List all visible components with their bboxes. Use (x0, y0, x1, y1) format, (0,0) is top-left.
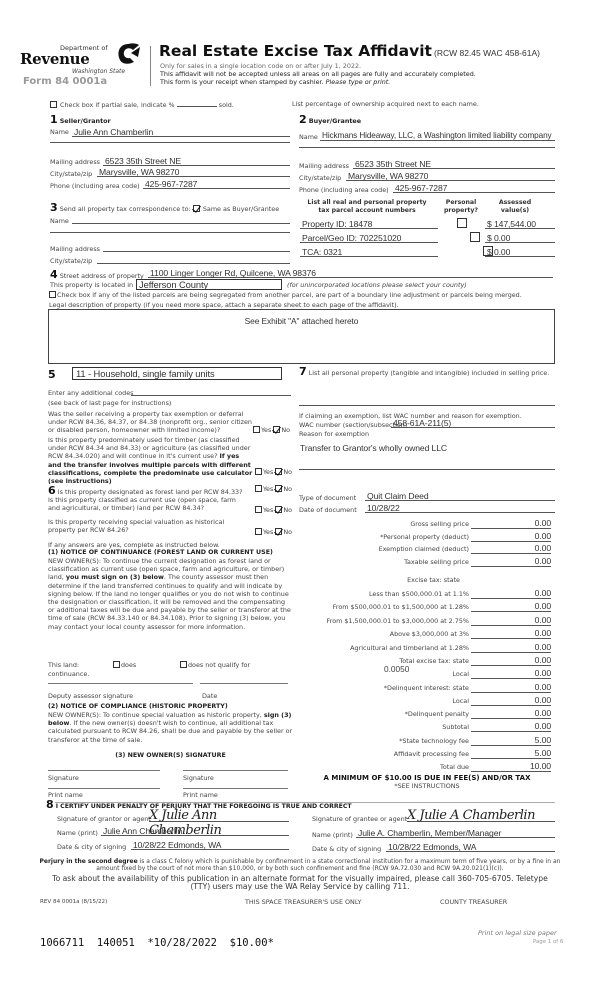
deputy-signature-field[interactable] (48, 683, 193, 684)
buyer-name-label: Name (299, 133, 318, 141)
s5-q1-text: Was the seller receiving a property tax … (48, 410, 252, 434)
rev-number: REV 84 0001a (8/15/22) (40, 899, 107, 905)
section-title: Buyer/Grantee (309, 117, 361, 125)
section-number: 8 (46, 798, 54, 811)
local-tax-row: Local0.00 (300, 670, 555, 682)
additional-codes-note: (see back of last page for instructions) (48, 399, 171, 407)
segregated-row: Check box if any of the listed parcels a… (49, 291, 522, 299)
legal-description-box[interactable]: See Exhibit "A" attached hereto (48, 309, 555, 364)
tax-row-value[interactable]: 0.00 (471, 721, 551, 732)
s6-q2-no-checkbox[interactable] (275, 506, 282, 513)
notice1-body: NEW OWNER(S): To continue the current de… (48, 557, 293, 631)
street-label: Street address of property (60, 272, 144, 280)
does-checkbox[interactable] (113, 661, 120, 668)
tax-row-label: *Delinquent interest: state (384, 684, 469, 692)
continuance-label: continuance. (48, 670, 89, 678)
parcel-row-1-value[interactable]: $ 147,544.00 (485, 219, 555, 229)
s5-q2-yes-checkbox[interactable] (255, 468, 262, 475)
segregated-checkbox[interactable] (49, 291, 56, 298)
corr-mailing-label: Mailing address (50, 245, 100, 253)
if-yes-note: If any answers are yes, complete as inst… (48, 541, 220, 549)
grantee-name-value: Julie A. Chamberlin, Member/Manager (358, 828, 501, 838)
signature-label-1: Signature (48, 774, 79, 782)
grantor-sig-label: Signature of grantor or agent (57, 815, 151, 823)
buyer-phone-label: Phone (including area code) (299, 186, 389, 194)
s5-q1: Was the seller receiving a property tax … (48, 410, 258, 435)
parcel-row-2-value[interactable]: $ 0.00 (485, 233, 555, 243)
s6-q1-answers: Yes No (255, 485, 292, 493)
notice1-title: (1) NOTICE OF CONTINUANCE (FOREST LAND O… (48, 549, 273, 556)
parcel-row-3-id[interactable]: TCA: 0321 (300, 247, 438, 257)
tax-row-label: Local (452, 697, 469, 705)
excise-header: Excise tax: state (300, 576, 460, 584)
seller-city-label: City/state/zip (50, 170, 92, 178)
s6-q1-text: Is this property designated as forest la… (58, 488, 243, 496)
parcel-row-1-personal-checkbox[interactable] (457, 218, 467, 228)
s6-q3-text: Is this property receiving special valua… (48, 518, 238, 534)
tax-row-value[interactable]: 0.00 (471, 628, 551, 639)
seller-mailing-value: 6523 35th Street NE (105, 156, 181, 166)
buyer-phone-field[interactable]: 425-967-7287 (393, 183, 555, 193)
seller-name-field[interactable]: Julie Ann Chamberlin (72, 127, 290, 137)
county-select[interactable]: Jefferson County (136, 279, 282, 290)
tax-row-label: *State technology fee (399, 737, 469, 745)
tax-row-value[interactable]: 0.00 (471, 642, 551, 653)
notice2-title: (2) NOTICE OF COMPLIANCE (HISTORIC PROPE… (48, 703, 228, 710)
deputy-date-field[interactable] (200, 683, 288, 684)
notice-3: This form is your receipt when stamped b… (160, 78, 390, 86)
seller-mailing-label: Mailing address (50, 158, 100, 166)
segregated-label: Check box if any of the listed parcels a… (57, 291, 522, 299)
tax-row-value[interactable]: 0.00 (471, 518, 551, 529)
tax-row-value[interactable]: 0.00 (471, 682, 551, 693)
county-value: Jefferson County (139, 279, 208, 290)
buyer-phone-value: 425-967-7287 (395, 183, 447, 193)
partial-sale-row: Check box if partial sale, indicate % so… (50, 101, 234, 109)
located-label: This property is located in (50, 281, 133, 289)
print-legal-note: Print on legal size paper (478, 929, 557, 937)
no-label: No (281, 426, 290, 434)
partial-sale-checkbox[interactable] (50, 101, 57, 108)
tax-row-value[interactable]: 0.00 (471, 615, 551, 626)
buyer-name-value: Hickmans Hideaway, LLC, a Washington lim… (322, 131, 552, 140)
doc-type-label: Type of document (299, 494, 356, 502)
treasurer-only: THIS SPACE TREASURER'S USE ONLY (245, 898, 361, 906)
assessed-value: $ 0.00 (487, 233, 510, 243)
reason-label: Reason for exemption (299, 430, 369, 438)
dor-logo: Department of Revenue Washington State F… (20, 44, 145, 86)
legal-description-value: See Exhibit "A" attached hereto (49, 316, 554, 326)
wac-value: 458-61A-211(5) (393, 418, 451, 428)
grantor-name-value: Julie Ann Chamberlin (103, 826, 182, 836)
s5-q2-no-checkbox[interactable] (275, 468, 282, 475)
street-address-field[interactable]: 1100 Linger Longer Rd, Quilcene, WA 9837… (148, 268, 553, 278)
corr-name-line-2[interactable] (50, 232, 290, 233)
does-option: does (113, 661, 136, 669)
tax-row-value[interactable]: 5.00 (471, 735, 551, 746)
seller-phone-value: 425-967-7287 (145, 179, 197, 189)
section-number: 4 (50, 268, 58, 281)
yes-label: Yes (261, 426, 271, 434)
tax-row-label: Less than $500,000.01 at 1.1% (369, 590, 469, 598)
tax-row-value[interactable]: 0.00 (471, 668, 551, 679)
parcel-id: TCA: 0321 (302, 247, 342, 257)
tax-row-value[interactable]: 0.00 (471, 588, 551, 599)
grantee-name-field[interactable]: Julie A. Chamberlin, Member/Manager (356, 828, 555, 838)
excise-row: From $500,000.01 to $1,500,000 at 1.28%0… (300, 603, 555, 615)
tax-row: Taxable selling price0.00 (300, 558, 555, 570)
excise-row: Above $3,000,000 at 3%0.00 (300, 630, 555, 642)
grantee-name-label: Name (print) (312, 831, 353, 839)
page-number: Page 1 of 6 (533, 939, 563, 945)
perjury-bold: Perjury in the second degree (40, 858, 138, 865)
tax-row-label: Total due (440, 763, 469, 771)
grantor-name-field[interactable]: Julie Ann Chamberlin (101, 826, 289, 836)
grantor-name-label: Name (print) (57, 829, 98, 837)
doc-type-field[interactable]: Quit Claim Deed (365, 491, 555, 501)
s6-q1-yes-checkbox[interactable] (255, 485, 262, 492)
accessibility-note: To ask about the availability of this pu… (45, 875, 555, 892)
parcel-row-3-value[interactable]: $ 0.00 (485, 247, 555, 257)
fee-row: Affidavit processing fee5.00 (300, 750, 555, 762)
yes-label: Yes (263, 528, 273, 536)
tax-row-label: From $500,000.01 to $1,500,000 at 1.28% (333, 603, 469, 611)
new-owner-print-name-2[interactable] (183, 788, 288, 789)
fee-row: Subtotal0.00 (300, 723, 555, 735)
excise-row: Agricultural and timberland at 1.28%0.00 (300, 644, 555, 656)
new-owner-signature-1[interactable] (48, 770, 160, 771)
does-label: does (121, 661, 136, 669)
notice3-title: (3) NEW OWNER(S) SIGNATURE (48, 752, 293, 759)
corr-city-label: City/state/zip (50, 257, 92, 265)
legal-label: Legal description of property (if you ne… (49, 301, 399, 309)
seller-name-line-2[interactable] (50, 142, 290, 143)
tax-row-label: Total excise tax: state (399, 657, 469, 665)
s6-q2-answers: Yes No (255, 506, 292, 514)
buyer-city-value: Marysville, WA 98270 (348, 171, 428, 181)
s5-q1-no-checkbox[interactable] (273, 426, 280, 433)
seller-name-value: Julie Ann Chamberlin (74, 127, 153, 137)
notice2-body: NEW OWNER(S): To continue special valuat… (48, 711, 293, 744)
correspondence-label: Send all property tax correspondence to: (60, 205, 191, 213)
fee-row: Local0.00 (300, 697, 555, 709)
parcel-row-1-id[interactable]: Property ID: 18478 (300, 219, 438, 229)
section-number: 7 (299, 365, 307, 378)
parcel-col-header: List all real and personal property tax … (302, 199, 432, 215)
does-not-option: does not qualify for (180, 661, 250, 669)
personal-col-header: Personal property? (442, 199, 480, 215)
fee-row: *Delinquent penalty0.00 (300, 710, 555, 722)
notice2-text-a: NEW OWNER(S): To continue special valuat… (48, 711, 264, 719)
new-owner-signature-2[interactable] (183, 770, 288, 771)
parcel-row-2-id[interactable]: Parcel/Geo ID: 702251020 (300, 233, 438, 243)
assessed-col-header: Assessed value(s) (490, 199, 540, 215)
s6-q3-yes-checkbox[interactable] (255, 528, 262, 535)
doc-date-field[interactable]: 10/28/22 (365, 503, 555, 513)
s5-q2: Is this property predominately used for … (48, 436, 253, 485)
assessed-value: $ 0.00 (487, 247, 510, 257)
reason-line[interactable] (299, 469, 555, 470)
street-row: 4 Street address of property (50, 268, 144, 281)
perjury-note: Perjury in the second degree is a class … (34, 858, 566, 873)
section-number: 3 (50, 201, 58, 214)
corr-name-field[interactable] (72, 216, 290, 224)
partial-sale-label: Check box if partial sale, indicate % (60, 101, 175, 109)
tax-row-label: Affidavit processing fee (394, 750, 469, 758)
tax-row-label: Above $3,000,000 at 3% (390, 630, 469, 638)
s6-q3-no-checkbox[interactable] (275, 528, 282, 535)
grantor-date-label: Date & city of signing (57, 843, 126, 851)
s6-q2-text: Is this property classified as current u… (48, 496, 248, 512)
doc-date-label: Date of document (299, 506, 357, 514)
receipt-stamp: 1066711 140051 *10/28/2022 $10.00* (40, 937, 274, 949)
corr-name-label: Name (50, 217, 69, 225)
county-treasurer: COUNTY TREASURER (440, 898, 507, 906)
title-ref: (RCW 82.45 WAC 458-61A) (434, 48, 540, 58)
s7-label: List all personal property (tangible and… (309, 369, 550, 377)
buyer-name-line-2[interactable] (299, 147, 555, 148)
notice-1: Only for sales in a single location code… (160, 62, 361, 70)
notice-3-text: This form is your receipt when stamped b… (160, 78, 326, 86)
notice2-text-b: . If the new owner(s) doesn't wish to co… (48, 719, 292, 743)
street-address-value: 1100 Linger Longer Rd, Quilcene, WA 9837… (150, 268, 316, 278)
yes-label: Yes (263, 506, 273, 514)
grantee-signature: X Julie A Chamberlin (407, 808, 535, 823)
yes-label: Yes (263, 468, 273, 476)
dor-swoosh-icon (114, 42, 142, 66)
additional-codes-field[interactable] (131, 388, 291, 396)
revenue-label: Revenue (20, 50, 90, 68)
correspondence-heading: 3 Send all property tax correspondence t… (50, 201, 279, 214)
notice-3-italic: Please type or print. (326, 78, 391, 86)
additional-codes-label: Enter any additional codes (48, 389, 133, 397)
s6-q2-yes-checkbox[interactable] (255, 506, 262, 513)
seller-phone-field[interactable]: 425-967-7287 (143, 179, 290, 189)
seller-city-value: Marysville, WA 98270 (99, 167, 179, 177)
see-instructions: *SEE INSTRUCTIONS (299, 782, 555, 790)
corr-mailing-field[interactable] (103, 244, 290, 252)
no-label: No (283, 485, 292, 493)
buyer-city-field[interactable]: Marysville, WA 98270 (346, 171, 555, 181)
state-label: Washington State (72, 68, 125, 75)
grantee-date-value: 10/28/22 Edmonds, WA (388, 842, 476, 852)
s5-q1-yes-checkbox[interactable] (253, 426, 260, 433)
buyer-name-field[interactable]: Hickmans Hideaway, LLC, a Washington lim… (320, 131, 555, 141)
s6-q1-no-checkbox[interactable] (275, 485, 282, 492)
form-number: Form 84 0001a (23, 76, 107, 87)
title-text: Real Estate Excise Tax Affidavit (159, 42, 432, 60)
section-number: 1 (50, 113, 58, 126)
buyer-mailing-field[interactable]: 6523 35th Street NE (353, 159, 555, 169)
buyer-heading: 2 Buyer/Grantee (299, 113, 361, 126)
header-divider (150, 46, 151, 86)
parcel-id: Property ID: 18478 (302, 219, 372, 229)
excise-row: Less than $500,000.01 at 1.1%0.00 (300, 590, 555, 602)
tax-row-label: *Delinquent penalty (405, 710, 469, 718)
tax-row-value[interactable]: 0.00 (471, 601, 551, 612)
fee-row: *State technology fee5.00 (300, 737, 555, 749)
tax-row-value[interactable]: 10.00 (471, 761, 551, 772)
grantee-date-field[interactable]: 10/28/22 Edmonds, WA (386, 842, 555, 852)
minimum-due-note: A MINIMUM OF $10.00 IS DUE IN FEE(S) AND… (299, 774, 555, 782)
page-title: Real Estate Excise Tax Affidavit (RCW 82… (159, 42, 540, 60)
buyer-mailing-value: 6523 35th Street NE (355, 159, 431, 169)
tax-row-label: From $1,500,000.01 to $3,000,000 at 2.75… (327, 617, 469, 625)
tax-row-label: *Personal property (deduct) (380, 533, 469, 541)
seller-mailing-field[interactable]: 6523 35th Street NE (103, 156, 290, 166)
partial-sale-percent-field[interactable] (177, 106, 217, 107)
s5-q1-answers: Yes No (253, 426, 290, 434)
same-as-buyer-checkbox[interactable] (193, 205, 200, 212)
signature-label-2: Signature (183, 774, 214, 782)
notice-2: This affidavit will not be accepted unle… (160, 70, 476, 78)
same-as-buyer-label: Same as Buyer/Grantee (203, 205, 279, 213)
section-number: 2 (299, 113, 307, 126)
tax-row-label: Taxable selling price (404, 558, 469, 566)
does-not-checkbox[interactable] (180, 661, 187, 668)
partial-sale-suffix: sold. (219, 101, 234, 109)
tax-row-label: Local (452, 670, 469, 678)
notice1-bold: you must sign on (3) below (66, 573, 164, 581)
tax-row-label: Agricultural and timberland at 1.28% (350, 644, 469, 652)
grantee-signature-field[interactable]: X Julie A Chamberlin (407, 808, 555, 822)
fee-row: *Delinquent interest: state0.00 (300, 684, 555, 696)
tax-row-label: Exemption claimed (deduct) (379, 545, 469, 553)
personal-property-field[interactable] (299, 405, 555, 406)
county-note: (for unincorporated locations please sel… (287, 281, 467, 289)
wac-field[interactable]: 458-61A-211(5) (391, 418, 555, 428)
doc-type-value: Quit Claim Deed (367, 491, 429, 501)
tax-row-label: Subtotal (442, 723, 469, 731)
excise-row: From $1,500,000.01 to $3,000,000 at 2.75… (300, 617, 555, 629)
tax-row-value[interactable]: 0.00 (471, 556, 551, 567)
tax-row-value[interactable]: 0.00 (471, 543, 551, 554)
grantor-date-value: 10/28/22 Edmonds, WA (133, 840, 221, 850)
assessed-value: $ 147,544.00 (487, 219, 536, 229)
buyer-mailing-label: Mailing address (299, 162, 349, 170)
excise-row: Total excise tax: state0.00 (300, 657, 555, 669)
parcel-id: Parcel/Geo ID: 702251020 (302, 233, 401, 243)
yes-label: Yes (263, 485, 273, 493)
section-title: Seller/Grantor (60, 117, 111, 125)
use-code-value: 11 - Household, single family units (76, 368, 215, 379)
no-label: No (283, 468, 292, 476)
does-not-label: does not qualify for (188, 661, 250, 669)
local-rate-value[interactable]: 0.0050 (384, 664, 409, 674)
buyer-city-label: City/state/zip (299, 174, 341, 182)
section-8-divider (55, 802, 555, 803)
use-code-select[interactable]: 11 - Household, single family units (72, 367, 282, 380)
this-land-label: This land: (48, 661, 79, 669)
seller-name-label: Name (50, 128, 69, 136)
s6-q3-answers: Yes No (255, 528, 292, 536)
grantor-date-field[interactable]: 10/28/22 Edmonds, WA (131, 840, 289, 850)
seller-city-field[interactable]: Marysville, WA 98270 (97, 167, 290, 177)
tax-row-value[interactable]: 0.00 (471, 655, 551, 666)
new-owner-print-name-1[interactable] (48, 788, 160, 789)
grantee-sig-label: Signature of grantee or agent (312, 815, 407, 823)
seller-phone-label: Phone (including area code) (50, 182, 140, 190)
parcel-row-2-personal-checkbox[interactable] (470, 232, 480, 242)
ownership-note: List percentage of ownership acquired ne… (292, 100, 479, 108)
tax-row-label: Gross selling price (410, 520, 469, 528)
s5-q2-answers: Yes No (255, 468, 292, 476)
tax-row-value[interactable]: 0.00 (471, 695, 551, 706)
perjury-text: is a class C felony which is punishable … (96, 858, 560, 872)
seller-heading: 1 Seller/Grantor (50, 113, 111, 126)
section-5-number: 5 (48, 368, 56, 381)
doc-date-value: 10/28/22 (367, 503, 400, 513)
deputy-signature-label: Deputy assessor signature (48, 692, 133, 700)
grantor-signature-field[interactable]: X Julie Ann Chamberlin (149, 808, 289, 822)
reason-value[interactable]: Transfer to Grantor's wholly owned LLC (300, 443, 447, 453)
tax-row-value[interactable]: 0.00 (471, 531, 551, 542)
grantee-date-label: Date & city of signing (312, 845, 381, 853)
no-label: No (283, 506, 292, 514)
tax-row-value[interactable]: 5.00 (471, 748, 551, 759)
corr-city-field[interactable] (97, 256, 290, 264)
deputy-date-label: Date (202, 692, 217, 700)
notice1-text-b: . The county assessor must then determin… (48, 573, 291, 630)
tax-row-value[interactable]: 0.00 (471, 708, 551, 719)
s7-heading: 7 List all personal property (tangible a… (299, 368, 554, 377)
no-label: No (283, 528, 292, 536)
